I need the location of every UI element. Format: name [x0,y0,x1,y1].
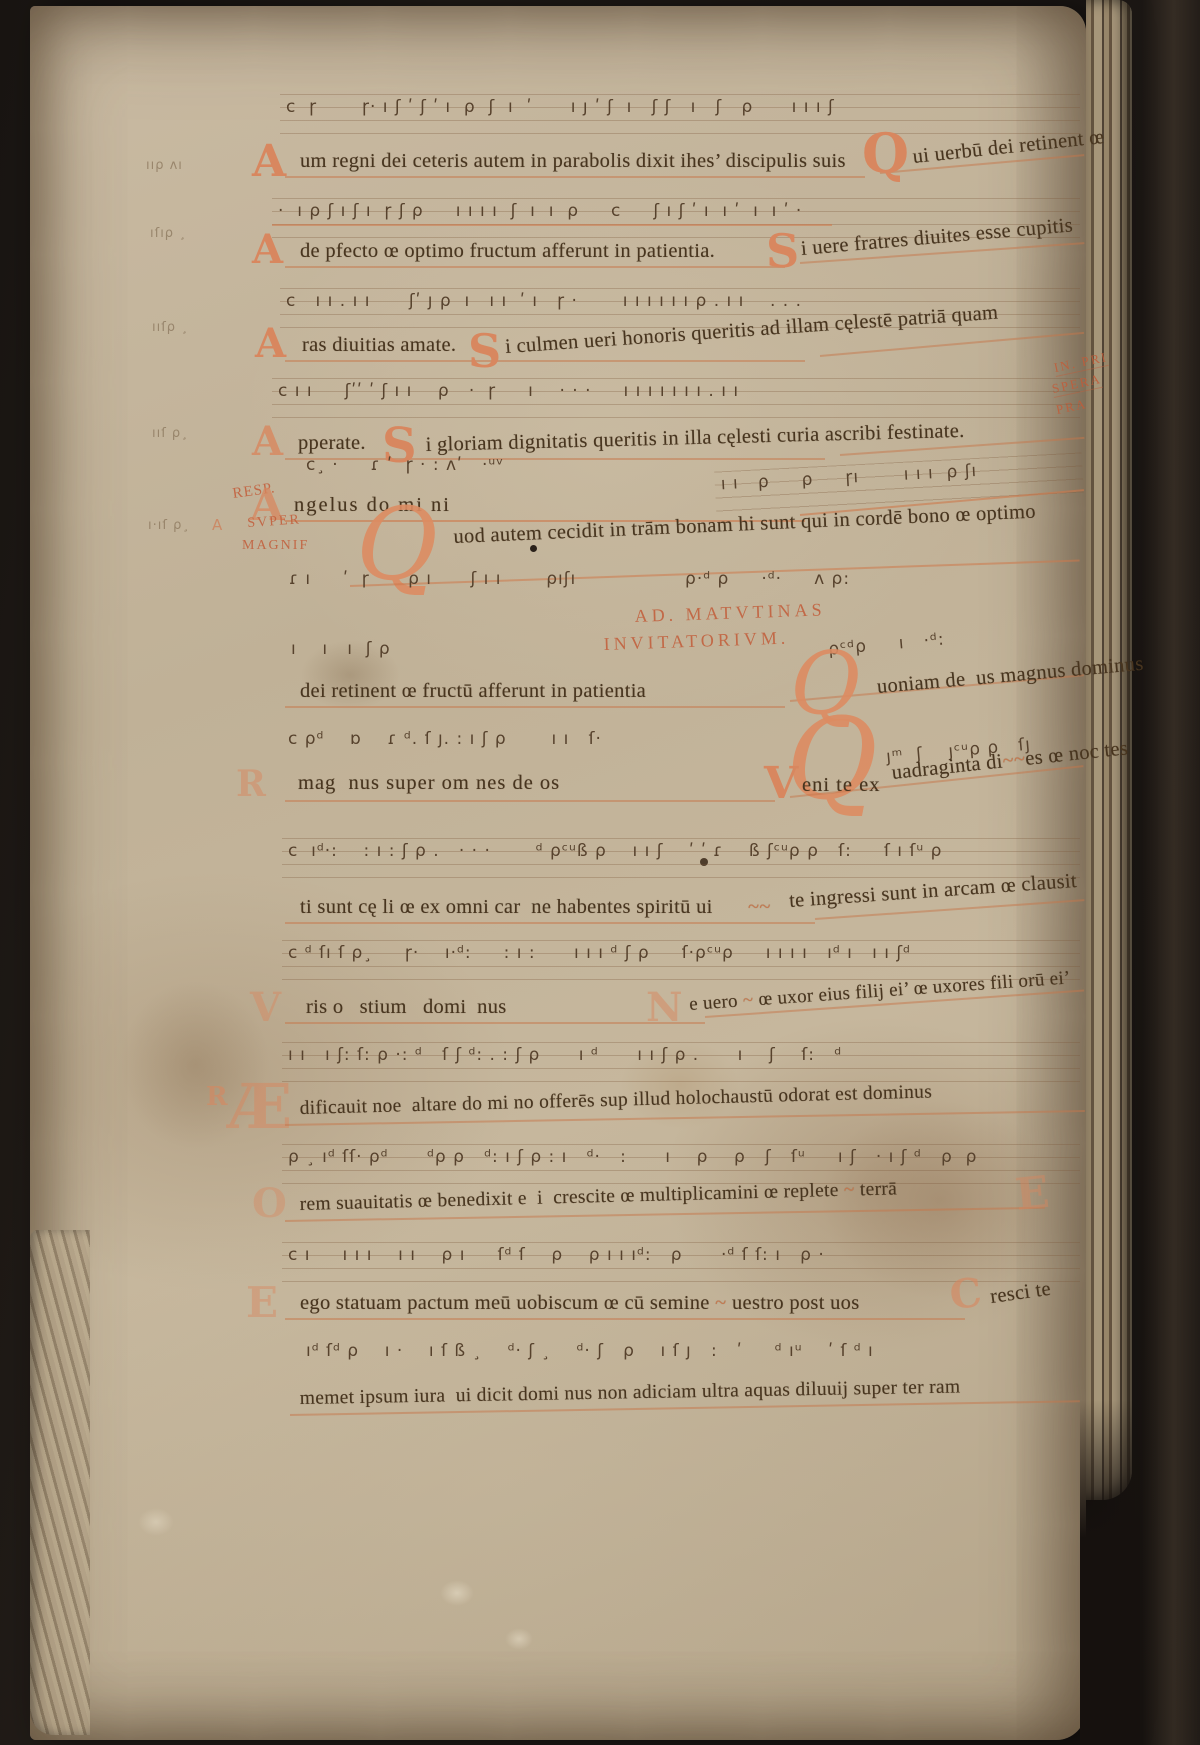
chant-text: ti sunt cę li œ ex omni car ne habentes … [300,896,713,919]
light-spot [440,1580,474,1606]
light-spot [505,1628,533,1650]
staff-4: c ı ı ʃʹʹ ʹ ʃ ı ı ρ · ɼ ı · · · ı ı ı ı … [272,378,1080,420]
red-squiggle: ~ [844,1179,855,1200]
margin-neume-mark: ı·ıſ ρ¸ [148,518,190,533]
neumes: · ı ρ ʃ ı ʃ ı ɼ ʃ ρ ı ı ı ı ʃ ı ı ρ c ʃ … [278,201,802,221]
chant-text: dei retinent œ fructū afferunt in patien… [300,680,646,703]
light-spot [138,1508,174,1536]
manuscript-photo: ııρ ʌı ıſıρ ¸ ııſρ ¸ ııſ ρ¸ ı·ıſ ρ¸ A c … [0,0,1200,1745]
margin-neume-mark: ıſıρ ¸ [150,226,187,241]
staff-8: c ρᵈ ɒ ɾ ᵈ. ſ ȷ. : ı ʃ ρ ı ı ſ· [282,726,782,768]
chant-text: um regni dei ceteris autem in parabolis … [300,150,846,173]
text-rule [285,360,805,362]
neumes: c ıᵈ·: : ı : ʃ ρ . · · · ᵈ ρᶜᵘß ρ ı ı ʃ … [288,841,942,861]
chant-text: de pfecto œ optimo fructum afferunt in p… [300,240,715,263]
faded-initial: C [948,1273,984,1316]
chant-text-group: ego statuam pactum meū uobiscum œ cū sem… [300,1292,860,1315]
neumes: ρ ¸ ıᵈ ſſ· ρᵈ ᵈρ ρ ᵈ: ı ʃ ρ : ı ᵈ· : ı ρ… [288,1147,977,1167]
chant-text: ego statuam pactum meū uobiscum œ cū sem… [300,1292,710,1314]
neumes: ıᵈ ſᵈ ρ ı · ı ſ ß ¸ ᵈ· ʃ ¸ ᵈ· ʃ ρ ı ſ ȷ … [306,1341,874,1361]
neumes: c ᵈ ſı ſ ρ¸ ɼ· ı·ᵈ: : ı : ı ı ı ᵈ ʃ ρ ſ·… [288,943,911,963]
red-squiggle: ~ [742,990,754,1012]
neumes: ɾ ı ʹ ɼ ρ ı ʃ ı ı ρıʃı ρ·ᵈ ρ ·ᵈ· ʌ ρ: [289,569,850,589]
staff-9: c ıᵈ·: : ı : ʃ ρ . · · · ᵈ ρᶜᵘß ρ ı ı ʃ … [282,838,1080,880]
line-initial: Æ [228,1076,292,1138]
text-rule [285,1318,965,1320]
staff-12: ρ ¸ ıᵈ ſſ· ρᵈ ᵈρ ρ ᵈ: ı ʃ ρ : ı ᵈ· : ı ρ… [282,1144,1080,1186]
neumes: c ρᵈ ɒ ɾ ᵈ. ſ ȷ. : ı ʃ ρ ı ı ſ· [288,729,602,749]
ink-speck [530,545,537,552]
line-initial: A [252,140,286,184]
text-rule [285,1022,705,1024]
chant-text: e uero [688,991,738,1015]
chant-text: ras diuitias amate. [302,334,456,357]
line-initial: V [764,762,798,806]
text-rule [285,706,785,708]
chant-text: terrā [860,1178,898,1200]
line-initial: A [255,324,286,364]
margin-label-magnif: MAGNIF [242,538,309,554]
line-initial: A [252,422,283,462]
staff-7: ı ı ı ʃ ρ [285,636,585,666]
staff-11: ı ı ı ʃ: ſ: ρ ·: ᵈ ſ ʃ ᵈ: . : ʃ ρ ı ᵈ ı … [282,1042,1080,1084]
margin-initial: R [206,1084,228,1110]
margin-neume-mark: ııſρ ¸ [152,320,189,335]
text-rule [285,176,865,178]
staff-red-line [272,224,832,226]
line-initial: Q [862,126,909,180]
red-squiggle: ~~ [1001,748,1026,772]
neumes: c ı ı ʃʹʹ ʹ ʃ ı ı ρ · ɼ ı · · · ı ı ı ı … [278,381,739,401]
neumes: c ı ı ı ı ı ı ρ ı ſᵈ ſ ρ ρ ı ı ıᵈ: ρ ·ᵈ … [288,1245,825,1265]
page-stack-shadow [1080,1400,1140,1745]
neumes: ı ı ı ʃ: ſ: ρ ·: ᵈ ſ ʃ ᵈ: . : ʃ ρ ı ᵈ ı … [288,1045,842,1065]
text-rule [285,266,785,268]
neumes: c ɼ ɼ· ı ʃ ʹ ʃ ʹ ı ρ ʃ ı ʹ ı ȷ ʹ ʃ ı ʃ ʃ… [286,97,835,117]
bottom-left-page-edge [30,1230,90,1735]
red-squiggle: ~~ [748,896,771,919]
margin-neume-mark: ııρ ʌı [146,158,183,173]
faded-initial: E [1013,1171,1051,1218]
chant-text: ris o stium domi nus [306,996,507,1019]
staff-1: c ɼ ɼ· ı ʃ ʹ ʃ ʹ ı ρ ʃ ı ʹ ı ȷ ʹ ʃ ı ʃ ʃ… [280,94,1080,136]
text-rule [285,922,815,924]
neumes: c¸ · ɾ ʹ ɼ · : ʌʹ ·ᵘᵛ [306,455,504,475]
text-rule [285,800,775,802]
chant-text: uestro post uos [732,1292,860,1314]
margin-neume-mark: ııſ ρ¸ [152,426,189,441]
chant-text: eni te ex [802,774,880,797]
line-initial: S [468,328,501,374]
margin-initial: R [236,766,266,802]
margin-red-mark: A [212,516,223,534]
red-squiggle: ~ [715,1292,726,1314]
line-initial: O [252,1184,287,1224]
staff-14: ıᵈ ſᵈ ρ ı · ı ſ ß ¸ ᵈ· ʃ ¸ ᵈ· ʃ ρ ı ſ ȷ … [300,1338,1080,1380]
chant-text: mag nus super om nes de os [298,772,560,795]
staff-6: ɾ ı ʹ ɼ ρ ı ʃ ı ı ρıʃı ρ·ᵈ ρ ·ᵈ· ʌ ρ: [283,566,1078,608]
line-initial: A [252,230,283,270]
neumes: ı ı ı ʃ ρ [291,639,391,659]
backdrop-streak [1142,0,1200,1745]
line-initial: E [246,1282,278,1324]
line-initial: V [250,988,281,1028]
neumes: c ı ı . ı ı ʃʹ ȷ ρ ı ı ı ʹ ı ɼ · ı ı ı ı… [286,291,802,311]
line-initial: S [766,228,799,274]
line-initial: N [646,988,683,1028]
